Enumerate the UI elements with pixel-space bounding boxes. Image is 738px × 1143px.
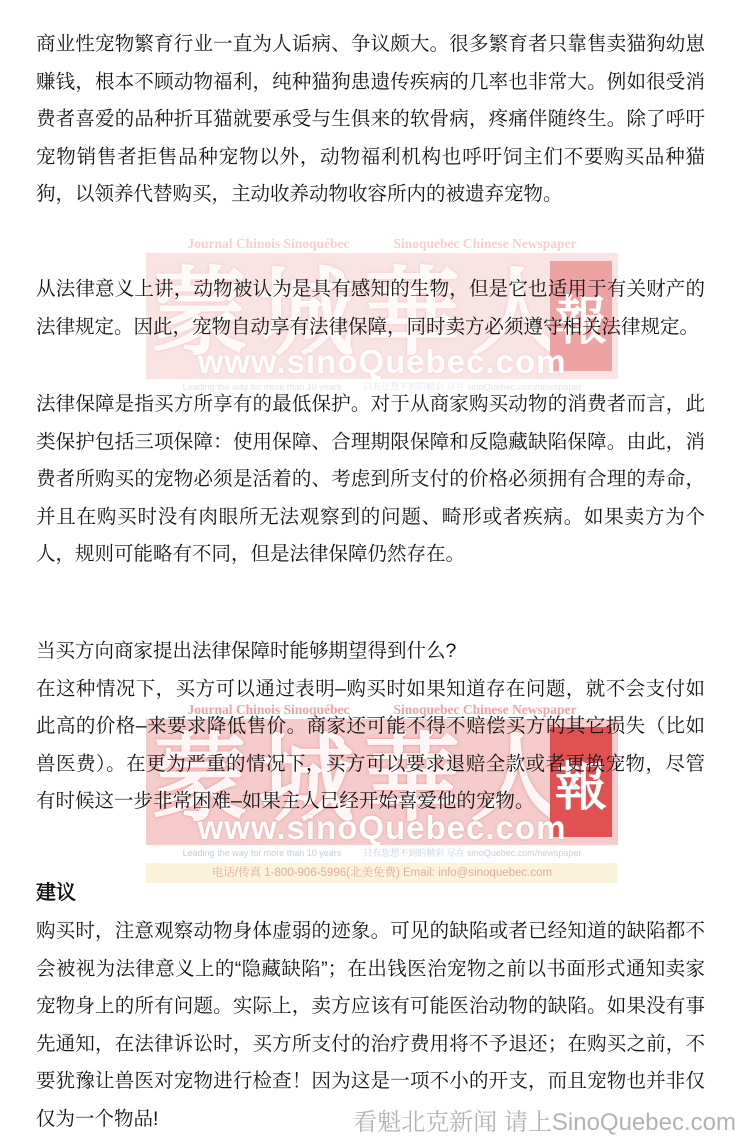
watermark-contact-info: 电话/传真 1-800-906-5996(北美免费) Email: info@s… [146, 863, 618, 883]
watermark-tagline: Leading the way for more than 10 years 只… [146, 848, 618, 859]
paragraph-question-answer: 当买方向商家提出法律保障时能够期望得到什么? 在这种情况下，买方可以通过表明–购… [36, 633, 705, 821]
article-page: Journal Chinois Sinoquébec Sinoquebec Ch… [0, 0, 738, 1143]
advice-heading: 建议 [36, 876, 76, 905]
watermark-tagline-chinese: 只有您想不到的精彩 尽在 sinoQuebec.com/newspaper [363, 848, 581, 859]
question-line: 当买方向商家提出法律保障时能够期望得到什么? [36, 633, 705, 671]
watermark-header: Journal Chinois Sinoquébec Sinoquebec Ch… [146, 236, 618, 252]
watermark-header-french: Journal Chinois Sinoquébec [187, 236, 349, 252]
paragraph-legal-meaning: 从法律意义上讲，动物被认为是具有感知的生物，但是它也适用于有关财产的法律规定。因… [36, 271, 705, 346]
watermark-tagline-english: Leading the way for more than 10 years [183, 848, 342, 859]
watermark-header-english: Sinoquebec Chinese Newspaper [394, 236, 577, 252]
paragraph-intro: 商业性宠物繁育行业一直为人诟病、争议颇大。很多繁育者只靠售卖猫狗幼崽赚钱，根本不… [36, 26, 705, 214]
site-footer-watermark: 看魁北克新闻 请上SinoQuebec.com [353, 1102, 736, 1137]
answer-text: 在这种情况下，买方可以通过表明–购买时如果知道存在问题，就不会支付如此高的价格–… [36, 671, 705, 821]
paragraph-legal-guarantee: 法律保障是指买方所享有的最低保护。对于从商家购买动物的消费者而言，此类保护包括三… [36, 386, 705, 574]
watermark-url: www.sinoQuebec.com [146, 343, 618, 379]
